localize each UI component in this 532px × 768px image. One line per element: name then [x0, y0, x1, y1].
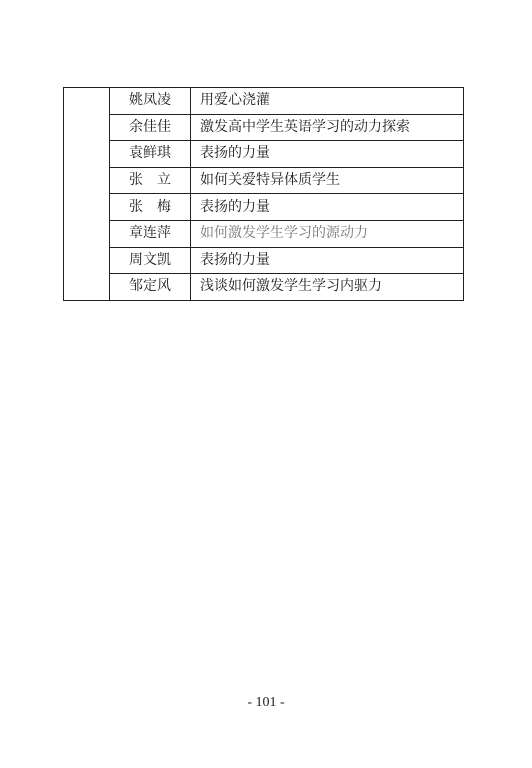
topic-title: 如何激发学生学习的源动力: [191, 220, 464, 247]
topic-title: 表扬的力量: [191, 141, 464, 168]
topic-title: 激发高中学生英语学习的动力探索: [191, 114, 464, 141]
topic-title: 用爱心浇灌: [191, 88, 464, 115]
topic-title: 如何关爱特异体质学生: [191, 167, 464, 194]
topic-title: 表扬的力量: [191, 247, 464, 274]
teacher-name: 邹定风: [110, 274, 191, 301]
topic-title: 表扬的力量: [191, 194, 464, 221]
group-cell: [64, 88, 110, 301]
page-number: - 101 -: [0, 695, 532, 711]
teacher-name: 余佳佳: [110, 114, 191, 141]
teacher-name: 张 立: [110, 167, 191, 194]
table-row: 张 梅 表扬的力量: [64, 194, 464, 221]
teacher-name: 袁鲜琪: [110, 141, 191, 168]
teacher-name: 张 梅: [110, 194, 191, 221]
topic-title: 浅谈如何激发学生学习内驱力: [191, 274, 464, 301]
teacher-name: 姚凤凌: [110, 88, 191, 115]
teacher-name: 章连萍: [110, 220, 191, 247]
table-row: 袁鲜琪 表扬的力量: [64, 141, 464, 168]
table-row: 张 立 如何关爱特异体质学生: [64, 167, 464, 194]
table-row: 周文凯 表扬的力量: [64, 247, 464, 274]
table-row: 余佳佳 激发高中学生英语学习的动力探索: [64, 114, 464, 141]
table-row: 邹定风 浅谈如何激发学生学习内驱力: [64, 274, 464, 301]
table-row: 章连萍 如何激发学生学习的源动力: [64, 220, 464, 247]
table-row: 姚凤凌 用爱心浇灌: [64, 88, 464, 115]
teacher-name: 周文凯: [110, 247, 191, 274]
research-topics-table: 姚凤凌 用爱心浇灌 余佳佳 激发高中学生英语学习的动力探索 袁鲜琪 表扬的力量 …: [63, 87, 464, 301]
